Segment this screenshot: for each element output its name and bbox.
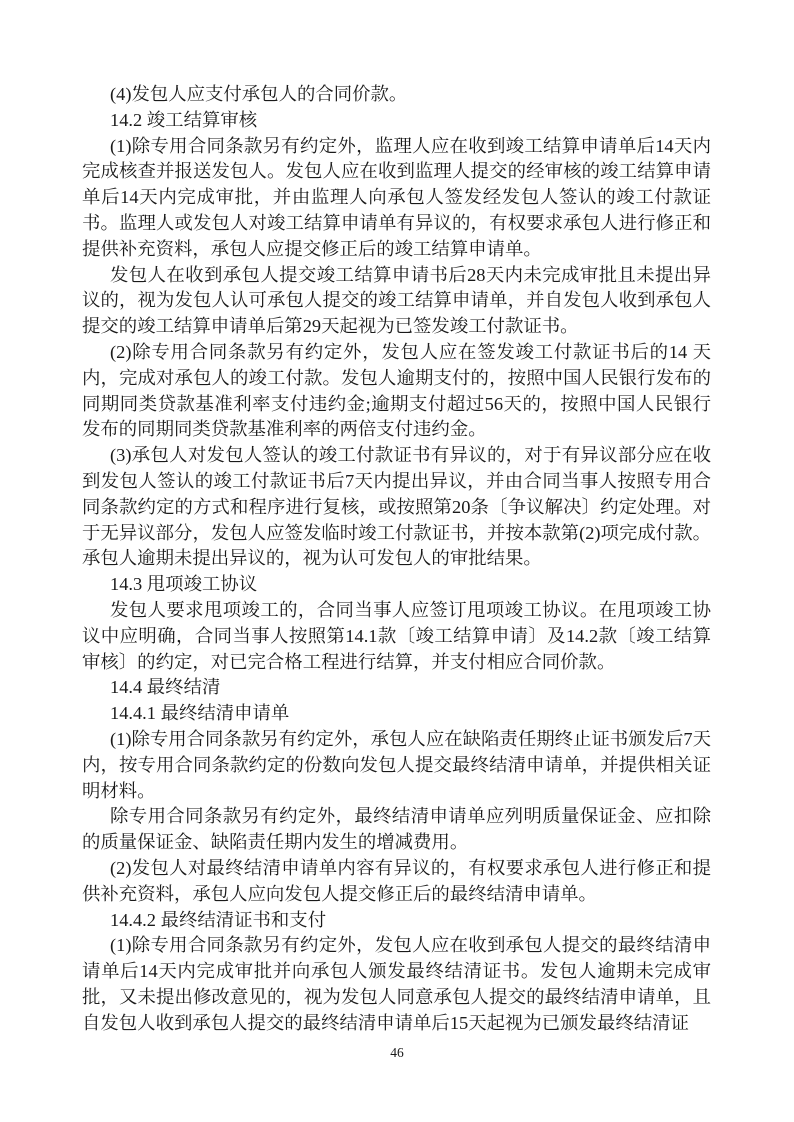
section-heading: 14.4.1 最终结清申请单 bbox=[82, 701, 711, 727]
paragraph: (1)除专用合同条款另有约定外，监理人应在收到竣工结算申请单后14天内完成核查并… bbox=[82, 134, 711, 263]
paragraph: (1)除专用合同条款另有约定外，发包人应在收到承包人提交的最终结清申请单后14天… bbox=[82, 933, 711, 1036]
document-page: (4)发包人应支付承包人的合同价款。 14.2 竣工结算审核 (1)除专用合同条… bbox=[0, 0, 794, 1122]
paragraph: (1)除专用合同条款另有约定外，承包人应在缺陷责任期终止证书颁发后7天内，按专用… bbox=[82, 727, 711, 804]
paragraph: (4)发包人应支付承包人的合同价款。 bbox=[82, 82, 711, 108]
paragraph: (3)承包人对发包人签认的竣工付款证书有异议的，对于有异议部分应在收到发包人签认… bbox=[82, 443, 711, 572]
paragraph: 除专用合同条款另有约定外，最终结清申请单应列明质量保证金、应扣除的质量保证金、缺… bbox=[82, 804, 711, 856]
section-heading: 14.2 竣工结算审核 bbox=[82, 108, 711, 134]
paragraph: (2)发包人对最终结清申请单内容有异议的，有权要求承包人进行修正和提供补充资料，… bbox=[82, 856, 711, 908]
section-heading: 14.4 最终结清 bbox=[82, 675, 711, 701]
paragraph: (2)除专用合同条款另有约定外，发包人应在签发竣工付款证书后的14 天内，完成对… bbox=[82, 340, 711, 443]
section-heading: 14.3 甩项竣工协议 bbox=[82, 572, 711, 598]
paragraph: 发包人要求甩项竣工的，合同当事人应签订甩项竣工协议。在甩项竣工协议中应明确，合同… bbox=[82, 598, 711, 675]
paragraph: 发包人在收到承包人提交竣工结算申请书后28天内未完成审批且未提出异议的，视为发包… bbox=[82, 263, 711, 340]
page-number: 46 bbox=[0, 1045, 794, 1061]
document-body: (4)发包人应支付承包人的合同价款。 14.2 竣工结算审核 (1)除专用合同条… bbox=[82, 82, 711, 1036]
section-heading: 14.4.2 最终结清证书和支付 bbox=[82, 908, 711, 934]
